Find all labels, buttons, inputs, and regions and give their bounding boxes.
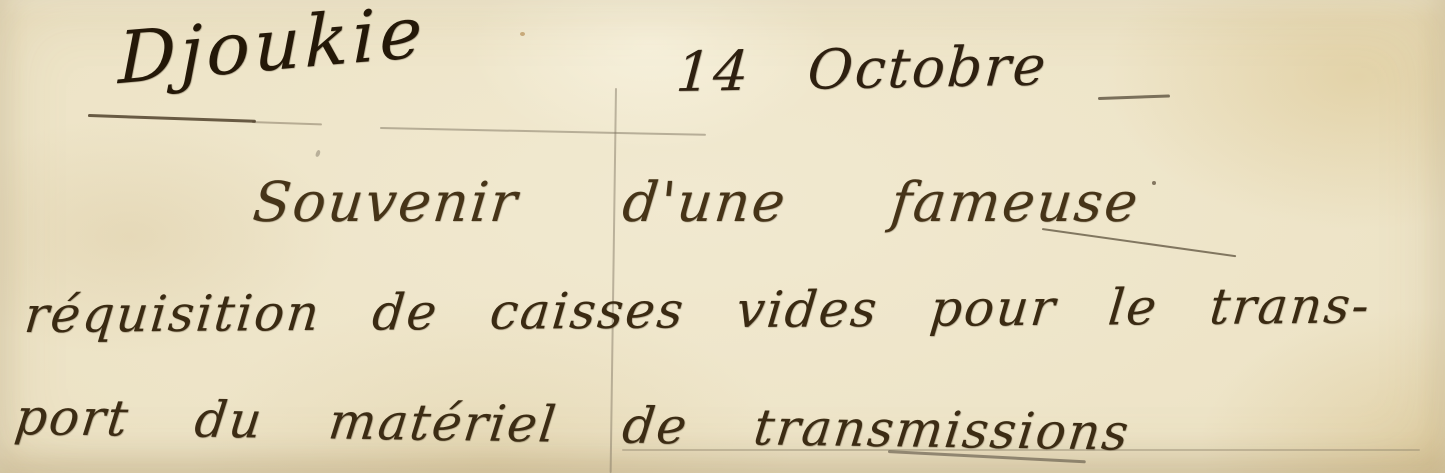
pencil-horizontal-rule-top [380,127,706,135]
location-text: Djoukie [118,0,426,100]
date-text: 14 Octobre [674,34,1050,104]
body-line-3: port du matériel de transmissions [12,388,1133,462]
location-underline-tail-stroke [252,121,322,125]
body-line-2: réquisition de caisses vides pour le tra… [22,277,1374,344]
date-dash-stroke [1098,94,1170,100]
body-line-1: Souvenir d'une fameuse [250,170,1143,234]
location-underline-stroke [88,114,256,122]
paper-speckle [520,32,525,36]
pencil-speckle [315,149,322,157]
ink-speckle [1152,181,1156,185]
aged-paper-sheet: Djoukie 14 Octobre Souvenir d'une fameus… [0,0,1445,473]
